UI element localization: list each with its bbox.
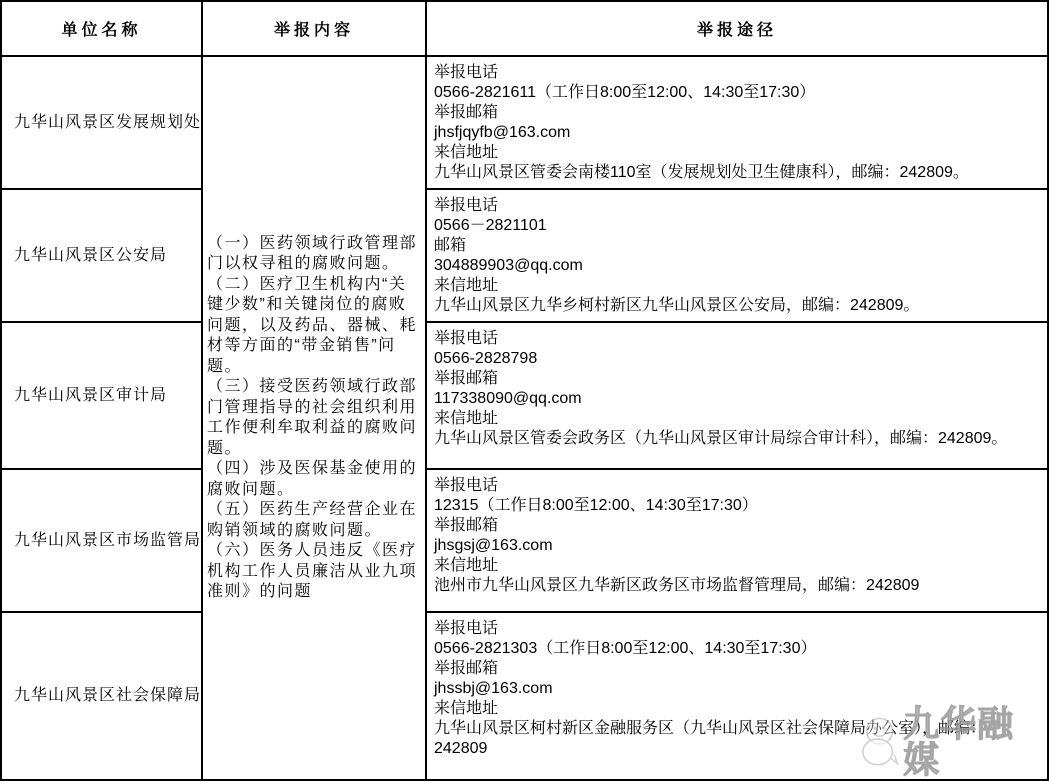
report-content-text: （一）医药领域行政管理部 门以权寻租的腐败问题。 （二）医疗卫生机构内“关 键少… [203,234,419,603]
header-unit-name: 单位名称 [2,2,203,57]
unit-cell-public-security: 九华山风景区公安局 [2,190,203,323]
header-report-content: 举报内容 [203,2,427,57]
channel-cell-development-planning: 举报电话 0566-2821611（工作日8:00至12:00、14:30至17… [427,57,1047,190]
channel-cell-audit-bureau: 举报电话 0566-2828798 举报邮箱 117338090@qq.com … [427,323,1047,470]
header-report-channel: 举报途径 [427,2,1047,57]
channel-cell-public-security: 举报电话 0566－2821101 邮箱 304889903@qq.com 来信… [427,190,1047,323]
report-channels-table-page: 单位名称 举报内容 举报途径 九华山风景区发展规划处 （一）医药领域行政管理部 … [0,0,1049,781]
unit-cell-audit-bureau: 九华山风景区审计局 [2,323,203,470]
channel-cell-social-security: 举报电话 0566-2821303（工作日8:00至12:00、14:30至17… [427,613,1047,779]
channel-cell-market-regulation: 举报电话 12315（工作日8:00至12:00、14:30至17:30） 举报… [427,470,1047,613]
unit-cell-social-security: 九华山风景区社会保障局 [2,613,203,779]
report-table: 单位名称 举报内容 举报途径 九华山风景区发展规划处 （一）医药领域行政管理部 … [0,0,1049,781]
unit-cell-development-planning: 九华山风景区发展规划处 [2,57,203,190]
report-content-cell: （一）医药领域行政管理部 门以权寻租的腐败问题。 （二）医疗卫生机构内“关 键少… [203,57,427,779]
unit-cell-market-regulation: 九华山风景区市场监管局 [2,470,203,613]
